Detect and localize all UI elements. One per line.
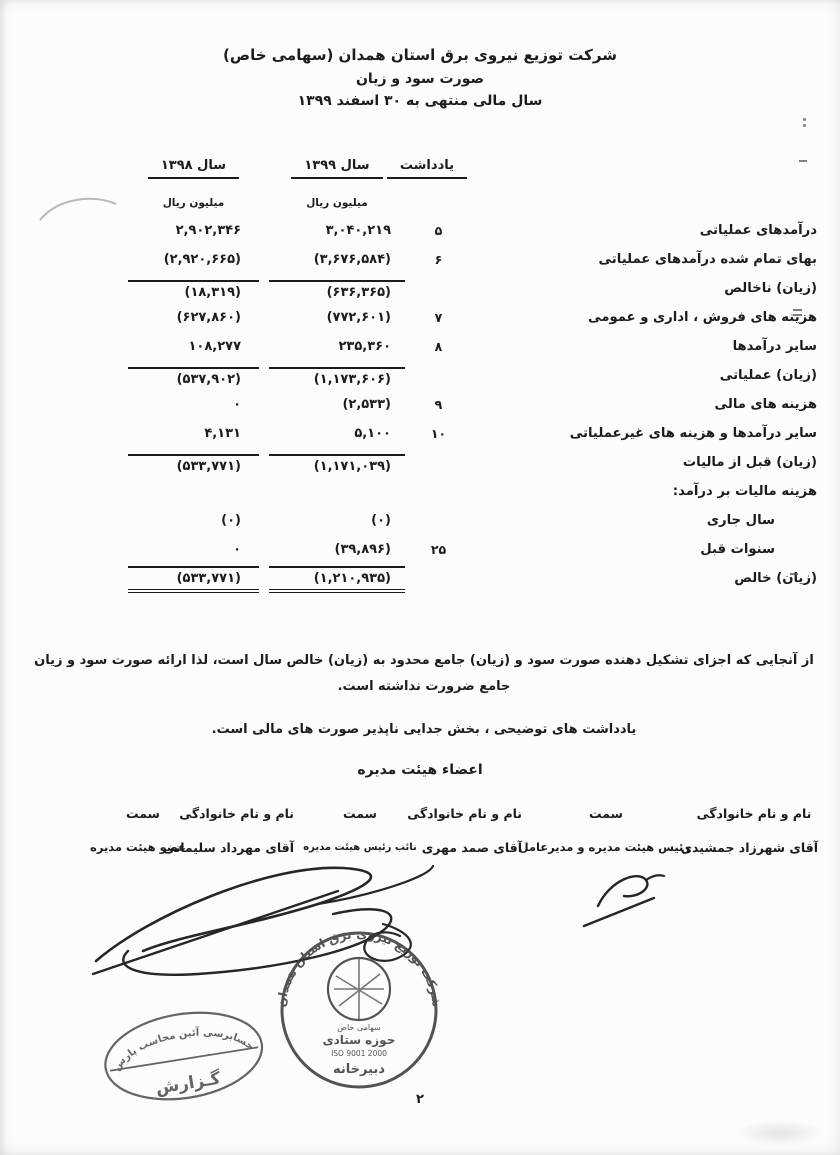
board-col-name: نام و نام خانوادگی (186, 806, 294, 821)
board-member-role: نائب رئیس هیئت مدیره (294, 842, 426, 853)
value-1398: ۴,۱۳۱ (128, 426, 259, 441)
board-section-title: اعضاء هیئت مدیره (0, 762, 840, 778)
value-1399: (۱,۱۷۱,۰۳۹) (269, 454, 405, 474)
value-1399: ۲۳۵,۳۶۰ (269, 339, 405, 354)
note-ref: ۶ (410, 252, 467, 267)
value-1398: (۵۳۳,۷۷۱) (128, 566, 259, 593)
spacer-cell (467, 158, 817, 188)
row-label: هزینه مالیات بر درآمد: (467, 484, 817, 499)
row-label: (زیان) ناخالص (467, 281, 817, 296)
scan-artifact (803, 118, 806, 121)
value-1399: ۵,۱۰۰ (269, 426, 405, 441)
row-label: هزینه های مالی (467, 397, 817, 412)
company-name: شرکت توزیع نیروی برق استان همدان (سهامی … (0, 46, 840, 64)
board-members-table: نام و نام خانوادگی سمت نام و نام خانوادگ… (100, 796, 818, 864)
value-1399: (۷۷۲,۶۰۱) (269, 310, 405, 325)
value-1398: (۵۳۳,۷۷۱) (128, 454, 259, 474)
scan-artifact (793, 309, 802, 311)
row-label: سایر درآمدها و هزینه های غیرعملیاتی (467, 426, 817, 441)
row-label: (زیان) عملیاتی (467, 368, 817, 383)
company-round-stamp: شرکت توزیع نیروی برق استان همدان سهامی خ… (276, 926, 442, 1096)
board-member-role: رئیس هیئت مدیره و مدیرعامل (522, 840, 690, 854)
stamp-line-sahami-khas: سهامی خاص (337, 1023, 381, 1032)
stamp-line-dabirkhaneh: دبیرخانه (333, 1062, 385, 1077)
row-label: سال جاری (467, 513, 817, 528)
stamp-line-iso: ISO 9001 2000 (331, 1049, 387, 1058)
signature-scrawl-right (580, 868, 670, 937)
value-1399: (۰) (269, 513, 405, 528)
svg-text:حسابرسی آئین محاسب پارس: حسابرسی آئین محاسب پارس (107, 1017, 257, 1074)
board-col-role: سمت (100, 806, 186, 821)
scan-artifact (803, 124, 806, 127)
unit-label-1398: میلیون ریال (123, 195, 264, 209)
value-1398: (۵۳۷,۹۰۲) (128, 367, 259, 387)
note-ref: ۷ (410, 310, 467, 325)
row-label: سنوات قبل (467, 542, 817, 557)
row-label: سایر درآمدها (467, 339, 817, 354)
row-label: (زیان) قبل از مالیات (467, 455, 817, 470)
row-label: درآمدهای عملیاتی (467, 223, 817, 238)
value-1399: (۳۹,۸۹۶) (269, 542, 405, 557)
row-label: (زیان) خالص (467, 571, 817, 586)
scan-fold-mark (38, 190, 118, 234)
board-col-name: نام و نام خانوادگی (426, 806, 522, 821)
page-number: ۲ (0, 1092, 840, 1107)
note-ref: ۵ (410, 223, 467, 238)
oval-stamp-top-text: حسابرسی آئین محاسب پارس (107, 1017, 257, 1074)
scan-smudge (735, 1120, 825, 1146)
board-col-role: سمت (522, 806, 690, 821)
value-1399: (۱,۲۱۰,۹۳۵) (269, 566, 405, 593)
statement-title: صورت سود و زیان (0, 71, 840, 87)
scan-artifact (790, 573, 798, 575)
note-ref: ۹ (410, 397, 467, 412)
document-header: شرکت توزیع نیروی برق استان همدان (سهامی … (0, 46, 840, 109)
stamp-line-hozeh-setadi: حوزه ستادی (323, 1033, 396, 1048)
value-1398: ۰ (128, 542, 259, 557)
scan-artifact (799, 160, 807, 162)
value-1399: (۱,۱۷۳,۶۰۶) (269, 367, 405, 387)
column-header-year-1398: سال ۱۳۹۸ (123, 158, 264, 188)
income-statement-table: یادداشت سال ۱۳۹۹ سال ۱۳۹۸ میلیون ریال می… (123, 158, 817, 593)
value-1398: (۱۸,۳۱۹) (128, 280, 259, 300)
board-member-name: آقای شهرزاد جمشیدی (690, 840, 818, 855)
board-member-name: آقای صمد مهری (426, 840, 522, 855)
value-1398: ۰ (128, 397, 259, 412)
value-1398: ۱۰۸,۲۷۷ (128, 339, 259, 354)
board-member-name: آقای مهرداد سلیمانی (186, 840, 294, 855)
value-1399: (۲,۵۳۳) (269, 397, 405, 412)
note-ref: ۸ (410, 339, 467, 354)
value-1398: (۰) (128, 513, 259, 528)
note-ref: ۱۰ (410, 426, 467, 441)
board-col-name: نام و نام خانوادگی (690, 806, 818, 821)
value-1399: (۳,۶۷۶,۵۸۴) (269, 252, 405, 267)
value-1398: ۲,۹۰۲,۳۴۶ (128, 223, 259, 238)
fiscal-period: سال مالی منتهی به ۳۰ اسفند ۱۳۹۹ (0, 93, 840, 109)
explanatory-notes-statement: یادداشت های توضیحی ، بخش جدایی ناپذیر صو… (30, 717, 818, 743)
value-1398: (۶۲۷,۸۶۰) (128, 310, 259, 325)
comprehensive-income-note: از آنجایی که اجزای تشکیل دهنده صورت سود … (30, 648, 818, 700)
column-header-note: یادداشت (410, 158, 467, 188)
column-header-year-1399: سال ۱۳۹۹ (264, 158, 410, 188)
row-label: هزینه های فروش ، اداری و عمومی (467, 310, 817, 325)
value-1399: (۶۳۶,۳۶۵) (269, 280, 405, 300)
scanned-document-page: شرکت توزیع نیروی برق استان همدان (سهامی … (0, 0, 840, 1155)
value-1399: ۳,۰۴۰,۲۱۹ (269, 223, 405, 238)
board-member-role: عضو هیئت مدیره (100, 840, 186, 854)
row-label: بهای تمام شده درآمدهای عملیاتی (467, 252, 817, 267)
value-1398: (۲,۹۲۰,۶۶۵) (128, 252, 259, 267)
scan-artifact (793, 314, 802, 316)
board-col-role: سمت (294, 806, 426, 821)
unit-label-1399: میلیون ریال (264, 195, 410, 209)
note-ref: ۲۵ (410, 542, 467, 557)
